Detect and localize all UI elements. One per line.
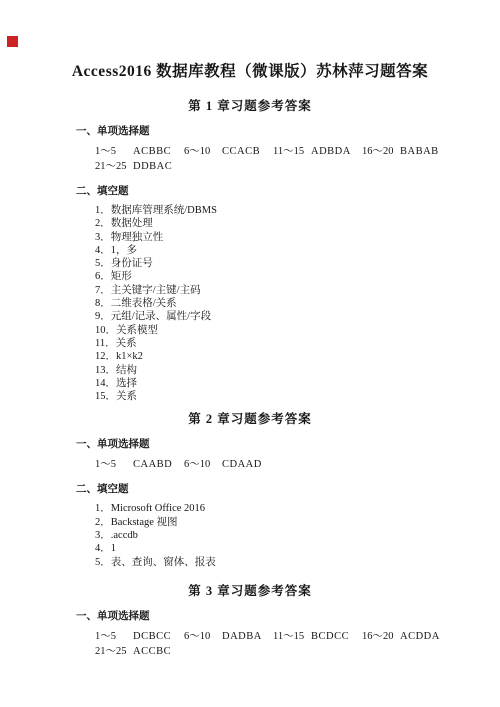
blank-item: 1．Microsoft Office 2016 (95, 502, 500, 515)
choice-answers: 1～5 ACBBC 6～10 CCACB 11～15 ADBDA 16～20 B… (95, 144, 500, 174)
answer-row: 21～25 ACCBC (95, 644, 500, 659)
answer-letters: CDAAD (222, 457, 262, 472)
answer-range: 11～15 (273, 144, 311, 159)
answer-letters: BABAB (400, 144, 439, 159)
answer-range: 1～5 (95, 144, 133, 159)
blank-item: 13．结构 (95, 364, 500, 377)
answer-pair: 1～5 CAABD (95, 457, 184, 472)
chapter-heading: 第 3 章习题参考答案 (0, 583, 500, 599)
section-label-choice: 一、单项选择题 (76, 125, 500, 139)
blank-item: 14．选择 (95, 377, 500, 390)
answer-letters: ACCBC (133, 644, 171, 659)
blank-item: 3．.accdb (95, 529, 500, 542)
blank-item: 5．身份证号 (95, 257, 500, 270)
answer-range: 1～5 (95, 629, 133, 644)
blank-item: 6．矩形 (95, 270, 500, 283)
answer-letters: DCBCC (133, 629, 171, 644)
answer-pair: 21～25 ACCBC (95, 644, 184, 659)
answer-range: 21～25 (95, 159, 133, 174)
answer-range: 6～10 (184, 457, 222, 472)
blank-item: 5．表、查询、窗体、报表 (95, 556, 500, 569)
answer-range: 21～25 (95, 644, 133, 659)
answer-letters: CAABD (133, 457, 172, 472)
red-square-marker (7, 36, 18, 47)
section-label-blanks: 二、填空题 (76, 483, 500, 497)
answer-pair: 11～15 BCDCC (273, 629, 362, 644)
blank-item: 2．数据处理 (95, 217, 500, 230)
document-title: Access2016 数据库教程（微课版）苏林萍习题答案 (0, 0, 500, 82)
answer-pair: 16～20 BABAB (362, 144, 451, 159)
blank-answers: 1．Microsoft Office 2016 2．Backstage 视图 3… (95, 502, 500, 568)
answer-pair: 1～5 DCBCC (95, 629, 184, 644)
answer-row: 1～5 CAABD 6～10 CDAAD (95, 457, 500, 472)
answer-row: 1～5 ACBBC 6～10 CCACB 11～15 ADBDA 16～20 B… (95, 144, 500, 159)
section-label-choice: 一、单项选择题 (76, 438, 500, 452)
answer-pair: 6～10 CCACB (184, 144, 273, 159)
blank-item: 9．元组/记录、属性/字段 (95, 310, 500, 323)
answer-letters: DADBA (222, 629, 262, 644)
answer-row: 1～5 DCBCC 6～10 DADBA 11～15 BCDCC 16～20 A… (95, 629, 500, 644)
choice-answers: 1～5 CAABD 6～10 CDAAD (95, 457, 500, 472)
answer-range: 6～10 (184, 144, 222, 159)
blank-item: 4．1，多 (95, 244, 500, 257)
chapter-2: 第 2 章习题参考答案 一、单项选择题 1～5 CAABD 6～10 CDAAD… (0, 411, 500, 568)
answer-letters: ACDDA (400, 629, 440, 644)
answer-letters: CCACB (222, 144, 260, 159)
blank-item: 15．关系 (95, 390, 500, 403)
blank-item: 7．主关键字/主键/主码 (95, 284, 500, 297)
answer-pair: 6～10 CDAAD (184, 457, 273, 472)
chapter-heading: 第 2 章习题参考答案 (0, 411, 500, 427)
blank-answers: 1．数据库管理系统/DBMS 2．数据处理 3．物理独立性 4．1，多 5．身份… (95, 204, 500, 403)
choice-answers: 1～5 DCBCC 6～10 DADBA 11～15 BCDCC 16～20 A… (95, 629, 500, 659)
answer-pair: 16～20 ACDDA (362, 629, 451, 644)
answer-range: 11～15 (273, 629, 311, 644)
answer-range: 16～20 (362, 629, 400, 644)
blank-item: 1．数据库管理系统/DBMS (95, 204, 500, 217)
blank-item: 11．关系 (95, 337, 500, 350)
section-label-choice: 一、单项选择题 (76, 610, 500, 624)
answer-pair: 21～25 DDBAC (95, 159, 184, 174)
blank-item: 3．物理独立性 (95, 231, 500, 244)
blank-item: 12．k1×k2 (95, 350, 500, 363)
section-label-blanks: 二、填空题 (76, 185, 500, 199)
answer-range: 6～10 (184, 629, 222, 644)
answer-pair: 1～5 ACBBC (95, 144, 184, 159)
answer-letters: ADBDA (311, 144, 351, 159)
answer-range: 16～20 (362, 144, 400, 159)
blank-item: 10．关系模型 (95, 324, 500, 337)
answer-pair: 6～10 DADBA (184, 629, 273, 644)
answer-letters: DDBAC (133, 159, 172, 174)
answer-pair: 11～15 ADBDA (273, 144, 362, 159)
blank-item: 4．1 (95, 542, 500, 555)
chapter-1: 第 1 章习题参考答案 一、单项选择题 1～5 ACBBC 6～10 CCACB… (0, 98, 500, 403)
answer-letters: ACBBC (133, 144, 171, 159)
answer-letters: BCDCC (311, 629, 349, 644)
answer-range: 1～5 (95, 457, 133, 472)
blank-item: 8．二维表格/关系 (95, 297, 500, 310)
chapter-3: 第 3 章习题参考答案 一、单项选择题 1～5 DCBCC 6～10 DADBA… (0, 583, 500, 659)
chapter-heading: 第 1 章习题参考答案 (0, 98, 500, 114)
blank-item: 2．Backstage 视图 (95, 516, 500, 529)
answer-row: 21～25 DDBAC (95, 159, 500, 174)
